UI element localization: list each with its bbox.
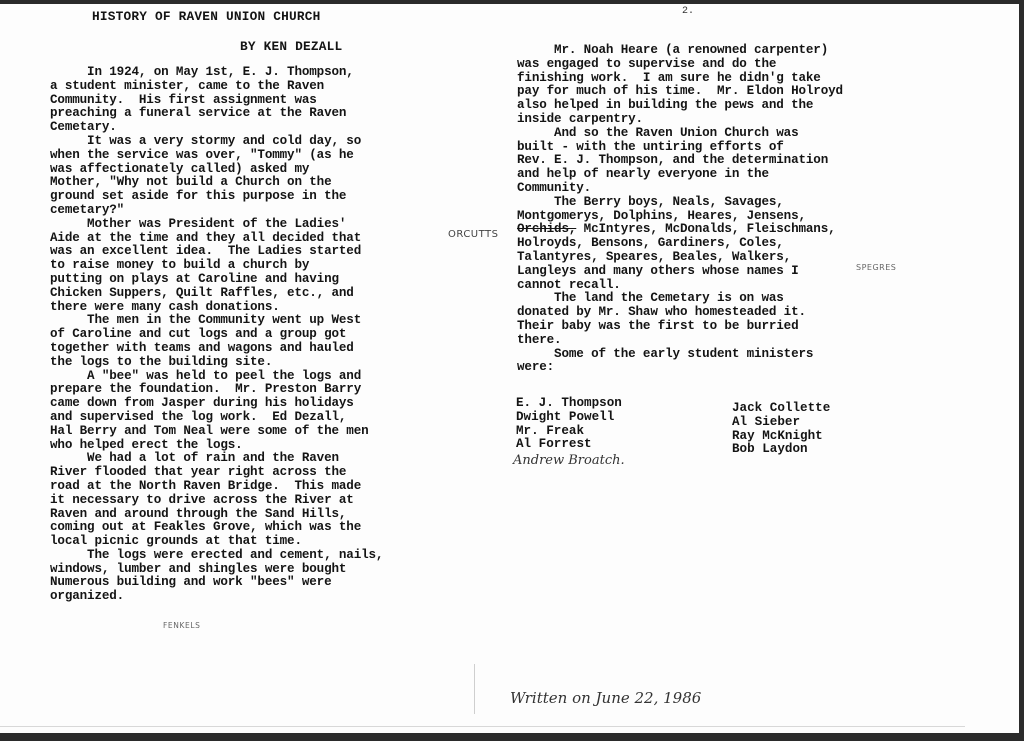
text-line: was affectionately called) asked my — [50, 163, 383, 177]
document-page: 2. HISTORY OF RAVEN UNION CHURCH BY KEN … — [0, 4, 1019, 733]
document-title: HISTORY OF RAVEN UNION CHURCH — [92, 9, 321, 24]
text-line: prepare the foundation. Mr. Preston Barr… — [50, 383, 383, 397]
text-line: Talantyres, Speares, Beales, Walkers, — [517, 251, 843, 265]
text-line: local picnic grounds at that time. — [50, 535, 383, 549]
handwritten-minister-name: Andrew Broatch. — [513, 453, 625, 468]
text-line: Montgomerys, Dolphins, Heares, Jensens, — [517, 210, 843, 224]
text-line: who helped erect the logs. — [50, 439, 383, 453]
text-line: It was a very stormy and cold day, so — [50, 135, 383, 149]
text-line: came down from Jasper during his holiday… — [50, 397, 383, 411]
text-line: Mother, "Why not build a Church on the — [50, 176, 383, 190]
minister-name: Al Forrest — [516, 437, 622, 451]
text-line: Community. His first assignment was — [50, 94, 383, 108]
page-edge-line — [0, 726, 965, 727]
text-line: inside carpentry. — [517, 113, 843, 127]
handwritten-note-spegres: SPEGRES — [856, 263, 896, 272]
handwritten-date-note: Written on June 22, 1986 — [510, 689, 701, 707]
text-line: cannot recall. — [517, 279, 843, 293]
right-column-text: Mr. Noah Heare (a renowned carpenter)was… — [517, 44, 843, 375]
text-line: And so the Raven Union Church was — [517, 127, 843, 141]
minister-name: Mr. Freak — [516, 424, 622, 438]
text-line: it necessary to drive across the River a… — [50, 494, 383, 508]
text-line: were: — [517, 361, 843, 375]
text-line: The men in the Community went up West — [50, 314, 383, 328]
text-line: donated by Mr. Shaw who homesteaded it. — [517, 306, 843, 320]
text-line: and supervised the log work. Ed Dezall, — [50, 411, 383, 425]
text-line: road at the North Raven Bridge. This mad… — [50, 480, 383, 494]
text-line: preaching a funeral service at the Raven — [50, 107, 383, 121]
handwritten-note-orcutts: ORCUTTS — [448, 229, 499, 240]
text-line: built - with the untiring efforts of — [517, 141, 843, 155]
minister-name: Ray McKnight — [732, 429, 830, 443]
minister-name: E. J. Thompson — [516, 396, 622, 410]
text-line: Chicken Suppers, Quilt Raffles, etc., an… — [50, 287, 383, 301]
text-line: was an excellent idea. The Ladies starte… — [50, 245, 383, 259]
text-line: Rev. E. J. Thompson, and the determinati… — [517, 154, 843, 168]
text-line: Their baby was the first to be burried — [517, 320, 843, 334]
text-line: cemetary?" — [50, 204, 383, 218]
text-line: to raise money to build a church by — [50, 259, 383, 273]
fold-line — [474, 664, 475, 714]
text-line: coming out at Feakles Grove, which was t… — [50, 521, 383, 535]
text-line: there. — [517, 334, 843, 348]
text-line: Orchids, McIntyres, McDonalds, Fleischma… — [517, 223, 843, 237]
text-line: Aide at the time and they all decided th… — [50, 232, 383, 246]
text-line: finishing work. I am sure he didn'g take — [517, 72, 843, 86]
text-line: the logs to the building site. — [50, 356, 383, 370]
text-line: putting on plays at Caroline and having — [50, 273, 383, 287]
minister-name: Al Sieber — [732, 415, 830, 429]
text-line: Cemetary. — [50, 121, 383, 135]
page-number-mark: 2. — [682, 6, 694, 17]
ministers-list-right: Jack ColletteAl SieberRay McKnightBob La… — [732, 401, 830, 456]
document-byline: BY KEN DEZALL — [240, 39, 342, 54]
text-line: In 1924, on May 1st, E. J. Thompson, — [50, 66, 383, 80]
text-line: River flooded that year right across the — [50, 466, 383, 480]
text-line: Holroyds, Bensons, Gardiners, Coles, — [517, 237, 843, 251]
text-line: organized. — [50, 590, 383, 604]
text-line: of Caroline and cut logs and a group got — [50, 328, 383, 342]
text-line: Hal Berry and Tom Neal were some of the … — [50, 425, 383, 439]
text-line: together with teams and wagons and haule… — [50, 342, 383, 356]
text-line: Raven and around through the Sand Hills, — [50, 508, 383, 522]
text-line: also helped in building the pews and the — [517, 99, 843, 113]
minister-name: Dwight Powell — [516, 410, 622, 424]
text-line: Some of the early student ministers — [517, 348, 843, 362]
text-line: The logs were erected and cement, nails, — [50, 549, 383, 563]
ministers-list-left: E. J. ThompsonDwight PowellMr. FreakAl F… — [516, 396, 622, 451]
text-line: Community. — [517, 182, 843, 196]
text-line: when the service was over, "Tommy" (as h… — [50, 149, 383, 163]
minister-name: Bob Laydon — [732, 442, 830, 456]
text-line: there were many cash donations. — [50, 301, 383, 315]
text-line: We had a lot of rain and the Raven — [50, 452, 383, 466]
text-line: and help of nearly everyone in the — [517, 168, 843, 182]
text-line: a student minister, came to the Raven — [50, 80, 383, 94]
text-line: Mother was President of the Ladies' — [50, 218, 383, 232]
text-line: ground set aside for this purpose in the — [50, 190, 383, 204]
text-line: The Berry boys, Neals, Savages, — [517, 196, 843, 210]
minister-name: Jack Collette — [732, 401, 830, 415]
text-line: Langleys and many others whose names I — [517, 265, 843, 279]
text-line: Numerous building and work "bees" were — [50, 576, 383, 590]
handwritten-note-fenkels: FENKELS — [163, 621, 200, 630]
text-line: was engaged to supervise and do the — [517, 58, 843, 72]
text-line: windows, lumber and shingles were bought — [50, 563, 383, 577]
left-column-text: In 1924, on May 1st, E. J. Thompson,a st… — [50, 66, 383, 604]
text-line: pay for much of his time. Mr. Eldon Holr… — [517, 85, 843, 99]
text-line: A "bee" was held to peel the logs and — [50, 370, 383, 384]
text-line: Mr. Noah Heare (a renowned carpenter) — [517, 44, 843, 58]
text-line: The land the Cemetary is on was — [517, 292, 843, 306]
